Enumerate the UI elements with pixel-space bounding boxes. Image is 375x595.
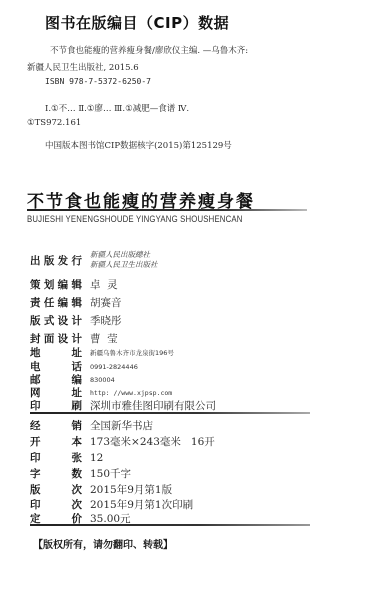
phone-value: 0991-2824446 bbox=[90, 363, 138, 371]
printer-value: 深圳市雅佳图印刷有限公司 bbox=[90, 398, 216, 413]
label-char: 地 bbox=[30, 345, 41, 360]
label-char: 设 bbox=[58, 331, 69, 346]
label-char: 销 bbox=[72, 418, 83, 433]
format-value: 173毫米×243毫米 16开 bbox=[90, 434, 215, 449]
postcode-value: 830004 bbox=[90, 376, 115, 384]
label-char: 策 bbox=[30, 277, 41, 292]
colophon-row-distributor: 经 销 全国新华书店 bbox=[30, 418, 153, 433]
book-pinyin: BUJIESHI YENENGSHOUDE YINGYANG SHOUSHENC… bbox=[27, 214, 243, 225]
word-count-label: 字 数 bbox=[30, 466, 82, 481]
label-char: 本 bbox=[72, 434, 83, 449]
cip-classification-1: Ⅰ.①不… Ⅱ.①廖… Ⅲ.①减肥—食谱 Ⅳ. bbox=[45, 102, 189, 114]
responsible-editor-value: 胡赛音 bbox=[90, 295, 122, 310]
label-char: 印 bbox=[30, 497, 41, 512]
label-char: 辑 bbox=[71, 277, 82, 292]
format-label: 开 本 bbox=[30, 434, 82, 449]
edition-label: 版 次 bbox=[30, 482, 82, 497]
label-char: 数 bbox=[72, 466, 83, 481]
publisher-line-2: 新疆人民卫生出版社 bbox=[90, 260, 158, 270]
colophon-row-layout-design: 版 式 设 计 季晓彤 bbox=[30, 313, 122, 328]
address-label: 地 址 bbox=[30, 345, 82, 360]
label-char: 计 bbox=[71, 331, 82, 346]
publisher-value: 新疆人民出版總社 新疆人民卫生出版社 bbox=[90, 250, 158, 270]
colophon-row-responsible-editor: 责 任 编 辑 胡赛音 bbox=[30, 295, 122, 310]
printer-label: 印 刷 bbox=[30, 398, 82, 413]
word-count-value: 150千字 bbox=[90, 466, 131, 481]
planning-editor-label: 策 划 编 辑 bbox=[30, 277, 82, 292]
edition-value: 2015年9月第1版 bbox=[90, 482, 172, 497]
title-rule bbox=[27, 209, 307, 211]
label-char: 版 bbox=[30, 482, 41, 497]
planning-editor-value: 卓 灵 bbox=[90, 277, 118, 292]
label-char: 次 bbox=[72, 482, 83, 497]
label-char: 刷 bbox=[72, 398, 83, 413]
colophon-row-printer: 印 刷 深圳市雅佳图印刷有限公司 bbox=[30, 398, 216, 413]
label-char: 版 bbox=[30, 313, 41, 328]
bottom-rule bbox=[30, 524, 310, 526]
label-char: 行 bbox=[71, 253, 82, 268]
cip-classification-2: ①TS972.161 bbox=[27, 118, 81, 128]
label-char: 开 bbox=[30, 434, 41, 449]
cip-line-1: 不节食也能瘦的营养瘦身餐/廖欣仪主编. —乌鲁木齐: bbox=[50, 44, 248, 56]
cip-isbn: ISBN 978-7-5372-6250-7 bbox=[45, 77, 151, 86]
label-char: 编 bbox=[58, 295, 69, 310]
printing-label: 印 次 bbox=[30, 497, 82, 512]
label-char: 字 bbox=[30, 466, 41, 481]
label-char: 辑 bbox=[71, 295, 82, 310]
label-char: 责 bbox=[30, 295, 41, 310]
label-char: 封 bbox=[30, 331, 41, 346]
cip-line-2: 新疆人民卫生出版社, 2015.6 bbox=[27, 61, 139, 73]
layout-design-label: 版 式 设 计 bbox=[30, 313, 82, 328]
label-char: 发 bbox=[58, 253, 69, 268]
label-char: 编 bbox=[58, 277, 69, 292]
label-char: 印 bbox=[30, 450, 41, 465]
sheets-label: 印 张 bbox=[30, 450, 82, 465]
cover-design-label: 封 面 设 计 bbox=[30, 331, 82, 346]
label-char: 计 bbox=[71, 313, 82, 328]
publisher-line-1: 新疆人民出版總社 bbox=[90, 250, 158, 260]
colophon-row-publisher: 出 版 发 行 新疆人民出版總社 新疆人民卫生出版社 bbox=[30, 250, 158, 270]
distributor-label: 经 销 bbox=[30, 418, 82, 433]
colophon-row-address: 地 址 新疆乌鲁木齐市龙泉街196号 bbox=[30, 345, 174, 360]
colophon-row-cover-design: 封 面 设 计 曹 莹 bbox=[30, 331, 118, 346]
colophon-row-edition: 版 次 2015年9月第1版 bbox=[30, 482, 172, 497]
label-char: 式 bbox=[44, 313, 55, 328]
colophon-row-printing: 印 次 2015年9月第1次印刷 bbox=[30, 497, 193, 512]
colophon-row-sheets: 印 张 12 bbox=[30, 450, 103, 465]
publisher-label: 出 版 发 行 bbox=[30, 253, 82, 268]
label-char: 任 bbox=[44, 295, 55, 310]
label-char: 次 bbox=[72, 497, 83, 512]
cover-design-value: 曹 莹 bbox=[90, 331, 118, 346]
label-char: 址 bbox=[72, 345, 83, 360]
cip-number: 中国版本图书馆CIP数据核字(2015)第125129号 bbox=[45, 139, 232, 151]
responsible-editor-label: 责 任 编 辑 bbox=[30, 295, 82, 310]
label-char: 设 bbox=[58, 313, 69, 328]
website-value: http: //www.xjpsp.com bbox=[90, 389, 172, 397]
label-char: 出 bbox=[30, 253, 41, 268]
layout-design-value: 季晓彤 bbox=[90, 313, 122, 328]
label-char: 经 bbox=[30, 418, 41, 433]
sheets-value: 12 bbox=[90, 452, 103, 464]
label-char: 划 bbox=[44, 277, 55, 292]
section-rule bbox=[30, 412, 310, 414]
colophon-row-word-count: 字 数 150千字 bbox=[30, 466, 131, 481]
colophon-row-format: 开 本 173毫米×243毫米 16开 bbox=[30, 434, 215, 449]
copyright-notice: 【版权所有，请勿翻印、转载】 bbox=[33, 536, 173, 551]
label-char: 张 bbox=[72, 450, 83, 465]
label-char: 版 bbox=[44, 253, 55, 268]
printing-value: 2015年9月第1次印刷 bbox=[90, 497, 193, 512]
distributor-value: 全国新华书店 bbox=[90, 418, 153, 433]
label-char: 印 bbox=[30, 398, 41, 413]
label-char: 面 bbox=[44, 331, 55, 346]
colophon-row-planning-editor: 策 划 编 辑 卓 灵 bbox=[30, 277, 118, 292]
address-value: 新疆乌鲁木齐市龙泉街196号 bbox=[90, 348, 174, 357]
cip-heading: 图书在版编目（CIP）数据 bbox=[45, 12, 229, 33]
